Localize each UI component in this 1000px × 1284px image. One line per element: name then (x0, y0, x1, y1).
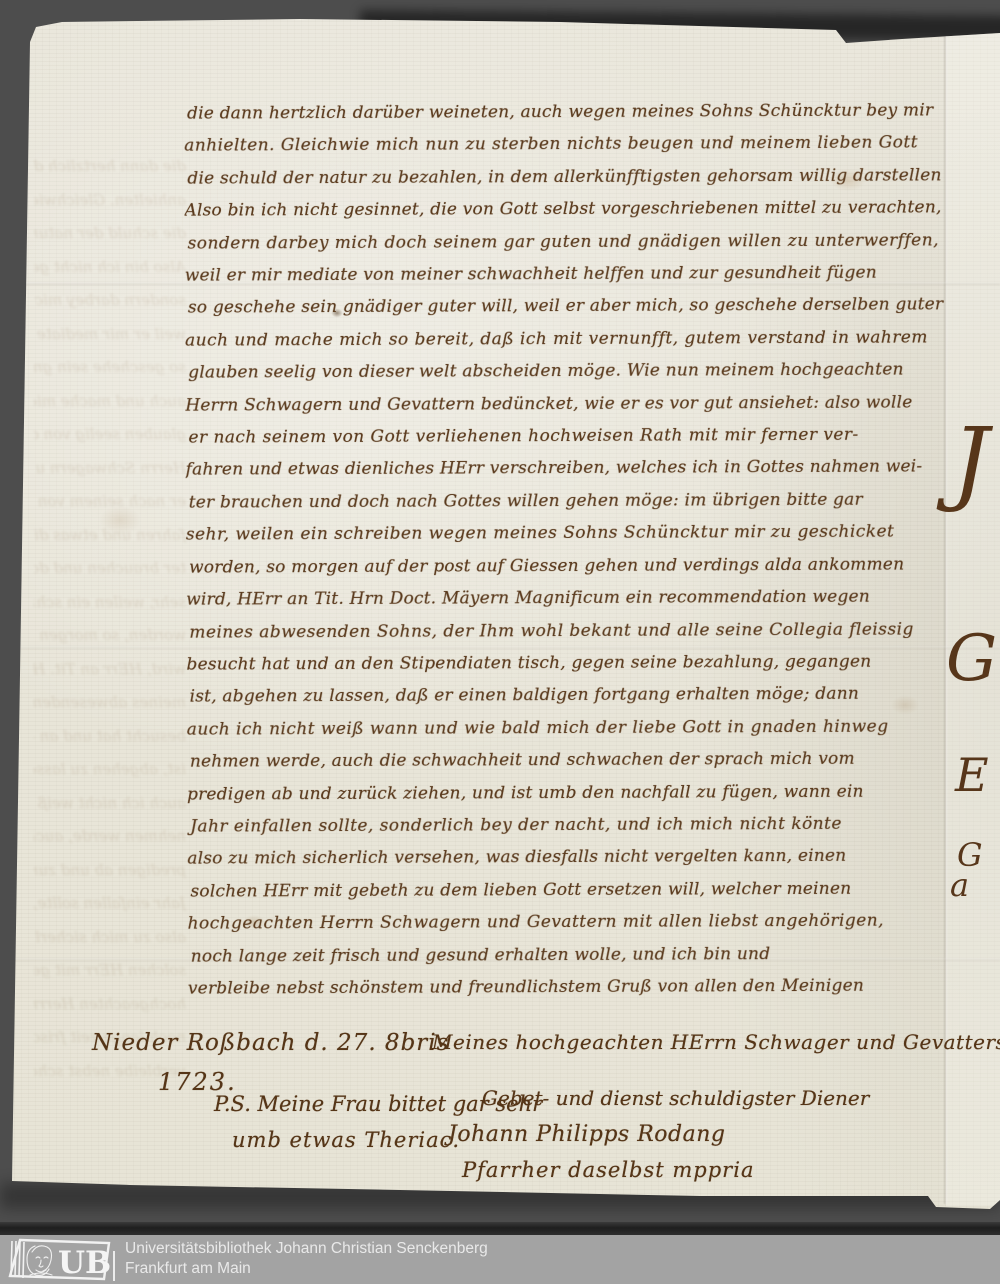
logo-divider (113, 1251, 115, 1281)
postscript-line-2: umb etwas Theriac. (232, 1128, 460, 1152)
handwritten-line: auch ich nicht weiß wann und wie bald mi… (187, 710, 949, 746)
manuscript-page: die dann hertzlich darüber weineten, auc… (0, 0, 1000, 1222)
handwritten-line: solchen HErr mit gebeth zu dem lieben Go… (190, 872, 949, 908)
ink-flourish-fragment: J (952, 408, 989, 515)
handwritten-line: sondern darbey mich doch seinem gar gute… (188, 224, 947, 260)
handwritten-line: meines abwesenden Sohns, der Ihm wohl be… (189, 613, 948, 649)
handwritten-line: Jahr einfallen sollte, sonderlich bey de… (190, 807, 949, 843)
ink-flourish-fragment: E (955, 748, 989, 802)
postscript-line-1: P.S. Meine Frau bittet gar sehr (214, 1092, 542, 1116)
handwritten-line: ter brauchen und doch nach Gottes willen… (189, 483, 948, 519)
handwritten-line: worden, so morgen auf der post auf Giess… (189, 548, 948, 584)
handwritten-line: die dann hertzlich darüber weineten, auc… (187, 94, 946, 130)
signature-name: Johann Philipps Rodang (448, 1122, 725, 1147)
handwritten-line: weil er mir mediate von meiner schwachhe… (185, 256, 947, 292)
ink-bleedthrough: die dann hertzlich darüber weineten, auc… (34, 150, 186, 1140)
handwritten-line: verbleibe nebst schönstem und freundlich… (188, 969, 950, 1005)
signature-title: Pfarrher daselbst mppria (462, 1158, 754, 1182)
handwritten-line: besucht hat und an den Stipendiaten tisc… (186, 645, 948, 681)
handwritten-line: nehmen werde, auch die schwachheit und s… (190, 742, 949, 778)
portrait-line-art-icon (27, 1246, 52, 1276)
institution-city: Frankfurt am Main (125, 1259, 488, 1279)
handwritten-line: also zu mich sicherlich versehen, was di… (187, 840, 949, 876)
institution-name: Universitätsbibliothek Johann Christian … (125, 1239, 488, 1259)
closing-salutation: Meines hochgeachten HErrn Schwager und G… (432, 1030, 1000, 1054)
handwritten-line: noch lange zeit frisch und gesund erhalt… (191, 937, 950, 973)
handwritten-line: die schuld der natur zu bezahlen, in dem… (187, 159, 946, 195)
ub-logo: UB (8, 1237, 114, 1282)
handwritten-line: predigen ab und zurück ziehen, und ist u… (187, 775, 949, 811)
banner-separator (0, 1222, 1000, 1235)
dateline-place: Nieder Roßbach d. 27. 8bris (92, 1030, 449, 1056)
handwritten-line: anhielten. Gleichwie mich nun zu sterben… (184, 127, 946, 163)
handwritten-line: hochgeachten Herrn Schwagern und Gevatte… (188, 904, 950, 940)
handwritten-line: er nach seinem von Gott verliehenen hoch… (188, 418, 947, 454)
handwritten-line: auch und mache mich so bereit, daß ich m… (185, 321, 947, 357)
handwritten-line: ist, abgehen zu lassen, daß er einen bal… (190, 678, 949, 714)
handwritten-line: fahren und etwas dienliches HErr verschr… (186, 451, 948, 487)
letter-body-text: die dann hertzlich darüber weineten, auc… (184, 94, 950, 1019)
handwritten-line: Herrn Schwagern und Gevattern bedüncket,… (185, 386, 947, 422)
handwritten-line: so geschehe sein gnädiger guter will, we… (188, 289, 947, 325)
handwritten-line: glauben seelig von dieser welt abscheide… (188, 354, 947, 390)
handwritten-line: wird, HErr an Tit. Hrn Doct. Mäyern Magn… (186, 580, 948, 616)
ink-flourish-fragment: u (0, 0, 10, 19)
library-banner: UB Universitätsbibliothek Johann Christi… (0, 1235, 1000, 1284)
logo-abbreviation: UB (58, 1245, 111, 1281)
ink-flourish-fragment: G (946, 622, 997, 696)
handwritten-line: Also bin ich nicht gesinnet, die von Got… (184, 192, 946, 228)
handwritten-line: sehr, weilen ein schreiben wegen meines … (186, 516, 948, 552)
manuscript-photo: die dann hertzlich darüber weineten, auc… (0, 0, 1000, 1222)
ink-flourish-fragment: a (950, 866, 969, 904)
